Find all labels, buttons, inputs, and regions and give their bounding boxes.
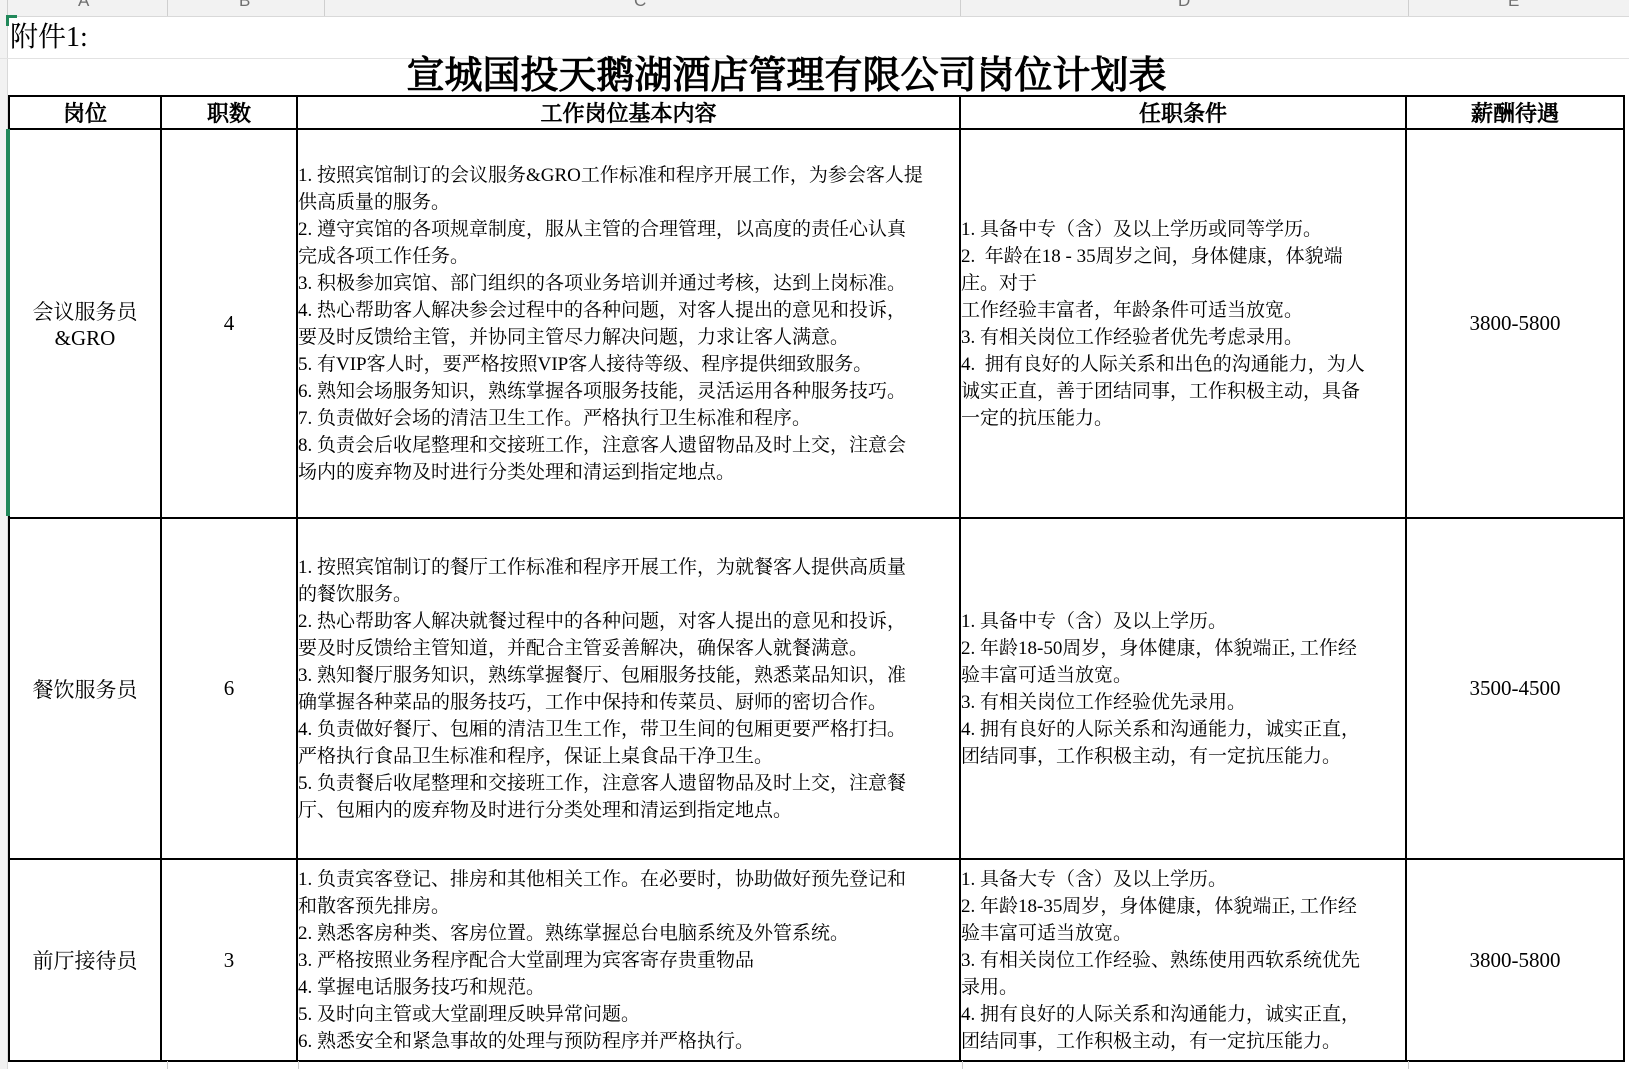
requirements-text: 1. 具备中专（含）及以上学历或同等学历。 2. 年龄在18 - 35周岁之间，… bbox=[961, 216, 1405, 432]
cell-r3-requirements[interactable]: 1. 具备大专（含）及以上学历。 2. 年龄18-35周岁，身体健康，体貌端正,… bbox=[960, 859, 1406, 1061]
cell-r2-duties[interactable]: 1. 按照宾馆制订的餐厅工作标准和程序开展工作，为就餐客人提供高质量 的餐饮服务… bbox=[297, 518, 960, 859]
table-row: 前厅接待员 3 1. 负责宾客登记、排房和其他相关工作。在必要时，协助做好预先登… bbox=[9, 859, 1624, 1061]
header-requirements[interactable]: 任职条件 bbox=[960, 96, 1406, 129]
cell-r1-duties[interactable]: 1. 按照宾馆制订的会议服务&GRO工作标准和程序开展工作，为参会客人提 供高质… bbox=[297, 129, 960, 518]
gridline bbox=[962, 1061, 963, 1069]
spreadsheet-window: A B C D E 附件1: 宣城国投天鹅湖酒店管理有限公司岗位计划表 岗位 职… bbox=[0, 0, 1629, 1069]
cell-r3-duties[interactable]: 1. 负责宾客登记、排房和其他相关工作。在必要时，协助做好预先登记和 和散客预先… bbox=[297, 859, 960, 1061]
column-separator bbox=[7, 0, 8, 16]
requirements-text: 1. 具备中专（含）及以上学历。 2. 年龄18-50周岁，身体健康，体貌端正,… bbox=[961, 608, 1405, 770]
header-duties[interactable]: 工作岗位基本内容 bbox=[297, 96, 960, 129]
selected-cell-border bbox=[6, 129, 10, 516]
cell-r1-position[interactable]: 会议服务员&GRO bbox=[9, 129, 161, 518]
duties-text: 1. 负责宾客登记、排房和其他相关工作。在必要时，协助做好预先登记和 和散客预先… bbox=[298, 866, 959, 1055]
column-separator bbox=[324, 0, 325, 16]
cell-r1-salary[interactable]: 3800-5800 bbox=[1406, 129, 1624, 518]
attachment-label-cell[interactable]: 附件1: bbox=[10, 20, 88, 56]
column-separator bbox=[167, 0, 168, 16]
column-separator bbox=[960, 0, 961, 16]
cell-r2-position[interactable]: 餐饮服务员 bbox=[9, 518, 161, 859]
header-position[interactable]: 岗位 bbox=[9, 96, 161, 129]
gridline bbox=[1408, 1061, 1409, 1069]
cell-r3-salary[interactable]: 3800-5800 bbox=[1406, 859, 1624, 1061]
column-header-e[interactable]: E bbox=[1508, 0, 1519, 11]
duties-text: 1. 按照宾馆制订的会议服务&GRO工作标准和程序开展工作，为参会客人提 供高质… bbox=[298, 162, 959, 486]
column-header-b[interactable]: B bbox=[239, 0, 250, 11]
table-header-row: 岗位 职数 工作岗位基本内容 任职条件 薪酬待遇 bbox=[9, 96, 1624, 129]
sheet-title[interactable]: 宣城国投天鹅湖酒店管理有限公司岗位计划表 bbox=[8, 56, 1565, 94]
gridline bbox=[167, 1061, 168, 1069]
column-header-strip: A B C D E bbox=[0, 0, 1629, 17]
cell-r1-requirements[interactable]: 1. 具备中专（含）及以上学历或同等学历。 2. 年龄在18 - 35周岁之间，… bbox=[960, 129, 1406, 518]
column-header-d[interactable]: D bbox=[1178, 0, 1190, 11]
table-row: 餐饮服务员 6 1. 按照宾馆制订的餐厅工作标准和程序开展工作，为就餐客人提供高… bbox=[9, 518, 1624, 859]
column-separator bbox=[1408, 0, 1409, 16]
table-row: 会议服务员&GRO 4 1. 按照宾馆制订的会议服务&GRO工作标准和程序开展工… bbox=[9, 129, 1624, 518]
cell-r3-position[interactable]: 前厅接待员 bbox=[9, 859, 161, 1061]
cell-r2-requirements[interactable]: 1. 具备中专（含）及以上学历。 2. 年龄18-50周岁，身体健康，体貌端正,… bbox=[960, 518, 1406, 859]
cell-r3-count[interactable]: 3 bbox=[161, 859, 297, 1061]
header-count[interactable]: 职数 bbox=[161, 96, 297, 129]
duties-text: 1. 按照宾馆制订的餐厅工作标准和程序开展工作，为就餐客人提供高质量 的餐饮服务… bbox=[298, 554, 959, 824]
gridline bbox=[298, 1061, 299, 1069]
cell-r1-count[interactable]: 4 bbox=[161, 129, 297, 518]
header-salary[interactable]: 薪酬待遇 bbox=[1406, 96, 1624, 129]
column-header-c[interactable]: C bbox=[634, 0, 646, 11]
cell-r2-count[interactable]: 6 bbox=[161, 518, 297, 859]
requirements-text: 1. 具备大专（含）及以上学历。 2. 年龄18-35周岁，身体健康，体貌端正,… bbox=[961, 866, 1405, 1055]
job-plan-table: 岗位 职数 工作岗位基本内容 任职条件 薪酬待遇 会议服务员&GRO 4 1. … bbox=[8, 95, 1625, 1062]
cell-r2-salary[interactable]: 3500-4500 bbox=[1406, 518, 1624, 859]
column-header-a[interactable]: A bbox=[78, 0, 89, 11]
